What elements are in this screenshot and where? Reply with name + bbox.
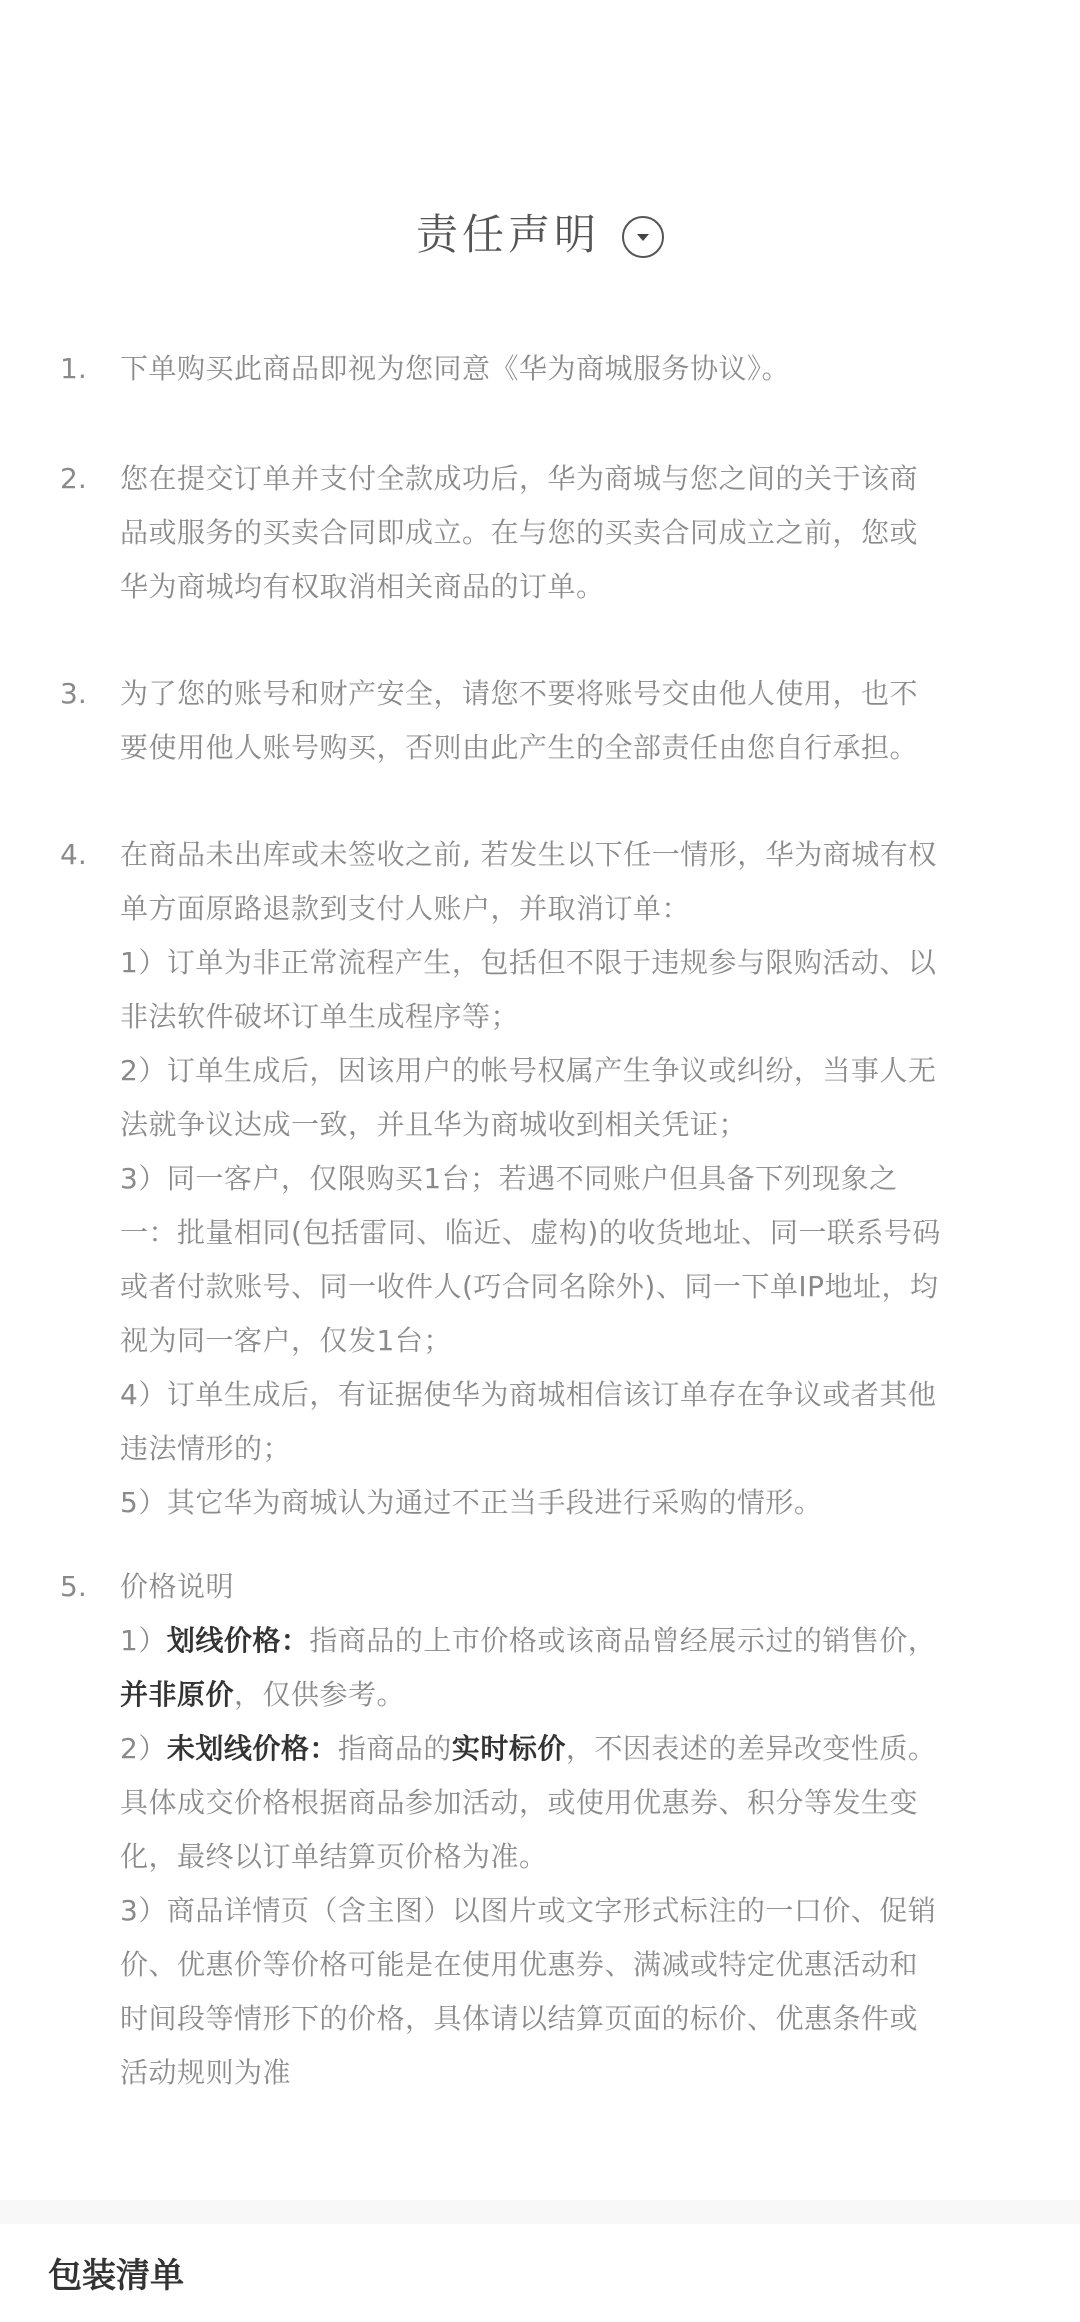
item-text: 5）其它华为商城认为通过不正当手段进行采购的情形。 [120, 1476, 1032, 1530]
item-text: 为了您的账号和财产安全，请您不要将账号交由他人使用，也不 [120, 667, 1032, 721]
rule-text: ，仅供参考。 [234, 1678, 405, 1711]
item-text: 要使用他人账号购买，否则由此产生的全部责任由您自行承担。 [120, 721, 1032, 775]
rule-text: 指商品的上市价格或该商品曾经展示过的销售价， [309, 1624, 936, 1657]
item-text: 4）订单生成后，有证据使华为商城相信该订单存在争议或者其他 [120, 1368, 1032, 1422]
item-text: 一：批量相同(包括雷同、临近、虚构)的收货地址、同一联系号码 [120, 1206, 1032, 1260]
item-text: 非法软件破坏订单生成程序等； [120, 990, 1032, 1044]
price-rule-2: 2）未划线价格：指商品的实时标价，不因表述的差异改变性质。 [120, 1722, 1032, 1776]
item-number: 5. [60, 1560, 110, 1614]
price-heading: 价格说明 [120, 1560, 1032, 1614]
rule-text: 价、优惠价等价格可能是在使用优惠券、满减或特定优惠活动和 [120, 1938, 1032, 1992]
not-original-price-label: 并非原价 [120, 1678, 234, 1711]
item-text: 3）同一客户，仅限购买1台；若遇不同账户但具备下列现象之 [120, 1152, 1032, 1206]
strikethrough-price-label: 划线价格： [167, 1624, 310, 1657]
rule-text: 化，最终以订单结算页价格为准。 [120, 1830, 1032, 1884]
rule-text: 时间段等情形下的价格，具体请以结算页面的标价、优惠条件或 [120, 1992, 1032, 2046]
item-number: 3. [60, 667, 110, 721]
item-text: 1）订单为非正常流程产生，包括但不限于违规参与限购活动、以 [120, 936, 1032, 990]
item-text: 在商品未出库或未签收之前, 若发生以下任一情形，华为商城有权 [120, 828, 1032, 882]
chevron-down-circle-icon[interactable] [622, 216, 664, 258]
item-text: 华为商城均有权取消相关商品的订单。 [120, 560, 1032, 614]
item-text: 视为同一客户，仅发1台； [120, 1314, 1032, 1368]
non-strikethrough-price-label: 未划线价格： [167, 1732, 338, 1765]
section-divider [0, 2200, 1080, 2224]
disclaimer-title: 责任声明 [416, 205, 600, 265]
item-text: 2）订单生成后，因该用户的帐号权属产生争议或纠纷，当事人无 [120, 1044, 1032, 1098]
rule-index: 2） [120, 1732, 167, 1765]
rule-index: 1） [120, 1624, 167, 1657]
rule-text: 活动规则为准 [120, 2046, 1032, 2100]
price-rule-1-cont: 并非原价，仅供参考。 [120, 1668, 1032, 1722]
packing-list-title: 包装清单 [48, 2252, 184, 2300]
rule-text: 指商品的 [338, 1732, 452, 1765]
item-text: 违法情形的； [120, 1422, 1032, 1476]
item-text: 单方面原路退款到支付人账户，并取消订单： [120, 882, 1032, 936]
item-text: 您在提交订单并支付全款成功后，华为商城与您之间的关于该商 [120, 452, 1032, 506]
rule-text: 具体成交价格根据商品参加活动，或使用优惠券、积分等发生变 [120, 1776, 1032, 1830]
item-text: 或者付款账号、同一收件人(巧合同名除外)、同一下单IP地址，均 [120, 1260, 1032, 1314]
item-text: 下单购买此商品即视为您同意《华为商城服务协议》。 [120, 342, 1032, 396]
item-number: 4. [60, 828, 110, 882]
price-rule-1: 1）划线价格：指商品的上市价格或该商品曾经展示过的销售价， [120, 1614, 1032, 1668]
rule-text: ，不因表述的差异改变性质。 [566, 1732, 937, 1765]
disclaimer-header[interactable]: 责任声明 [0, 205, 1080, 265]
real-time-price-label: 实时标价 [452, 1732, 566, 1765]
item-number: 2. [60, 452, 110, 506]
item-number: 1. [60, 342, 110, 396]
rule-text: 3）商品详情页（含主图）以图片或文字形式标注的一口价、促销 [120, 1884, 1032, 1938]
item-text: 品或服务的买卖合同即成立。在与您的买卖合同成立之前，您或 [120, 506, 1032, 560]
item-text: 法就争议达成一致，并且华为商城收到相关凭证； [120, 1098, 1032, 1152]
